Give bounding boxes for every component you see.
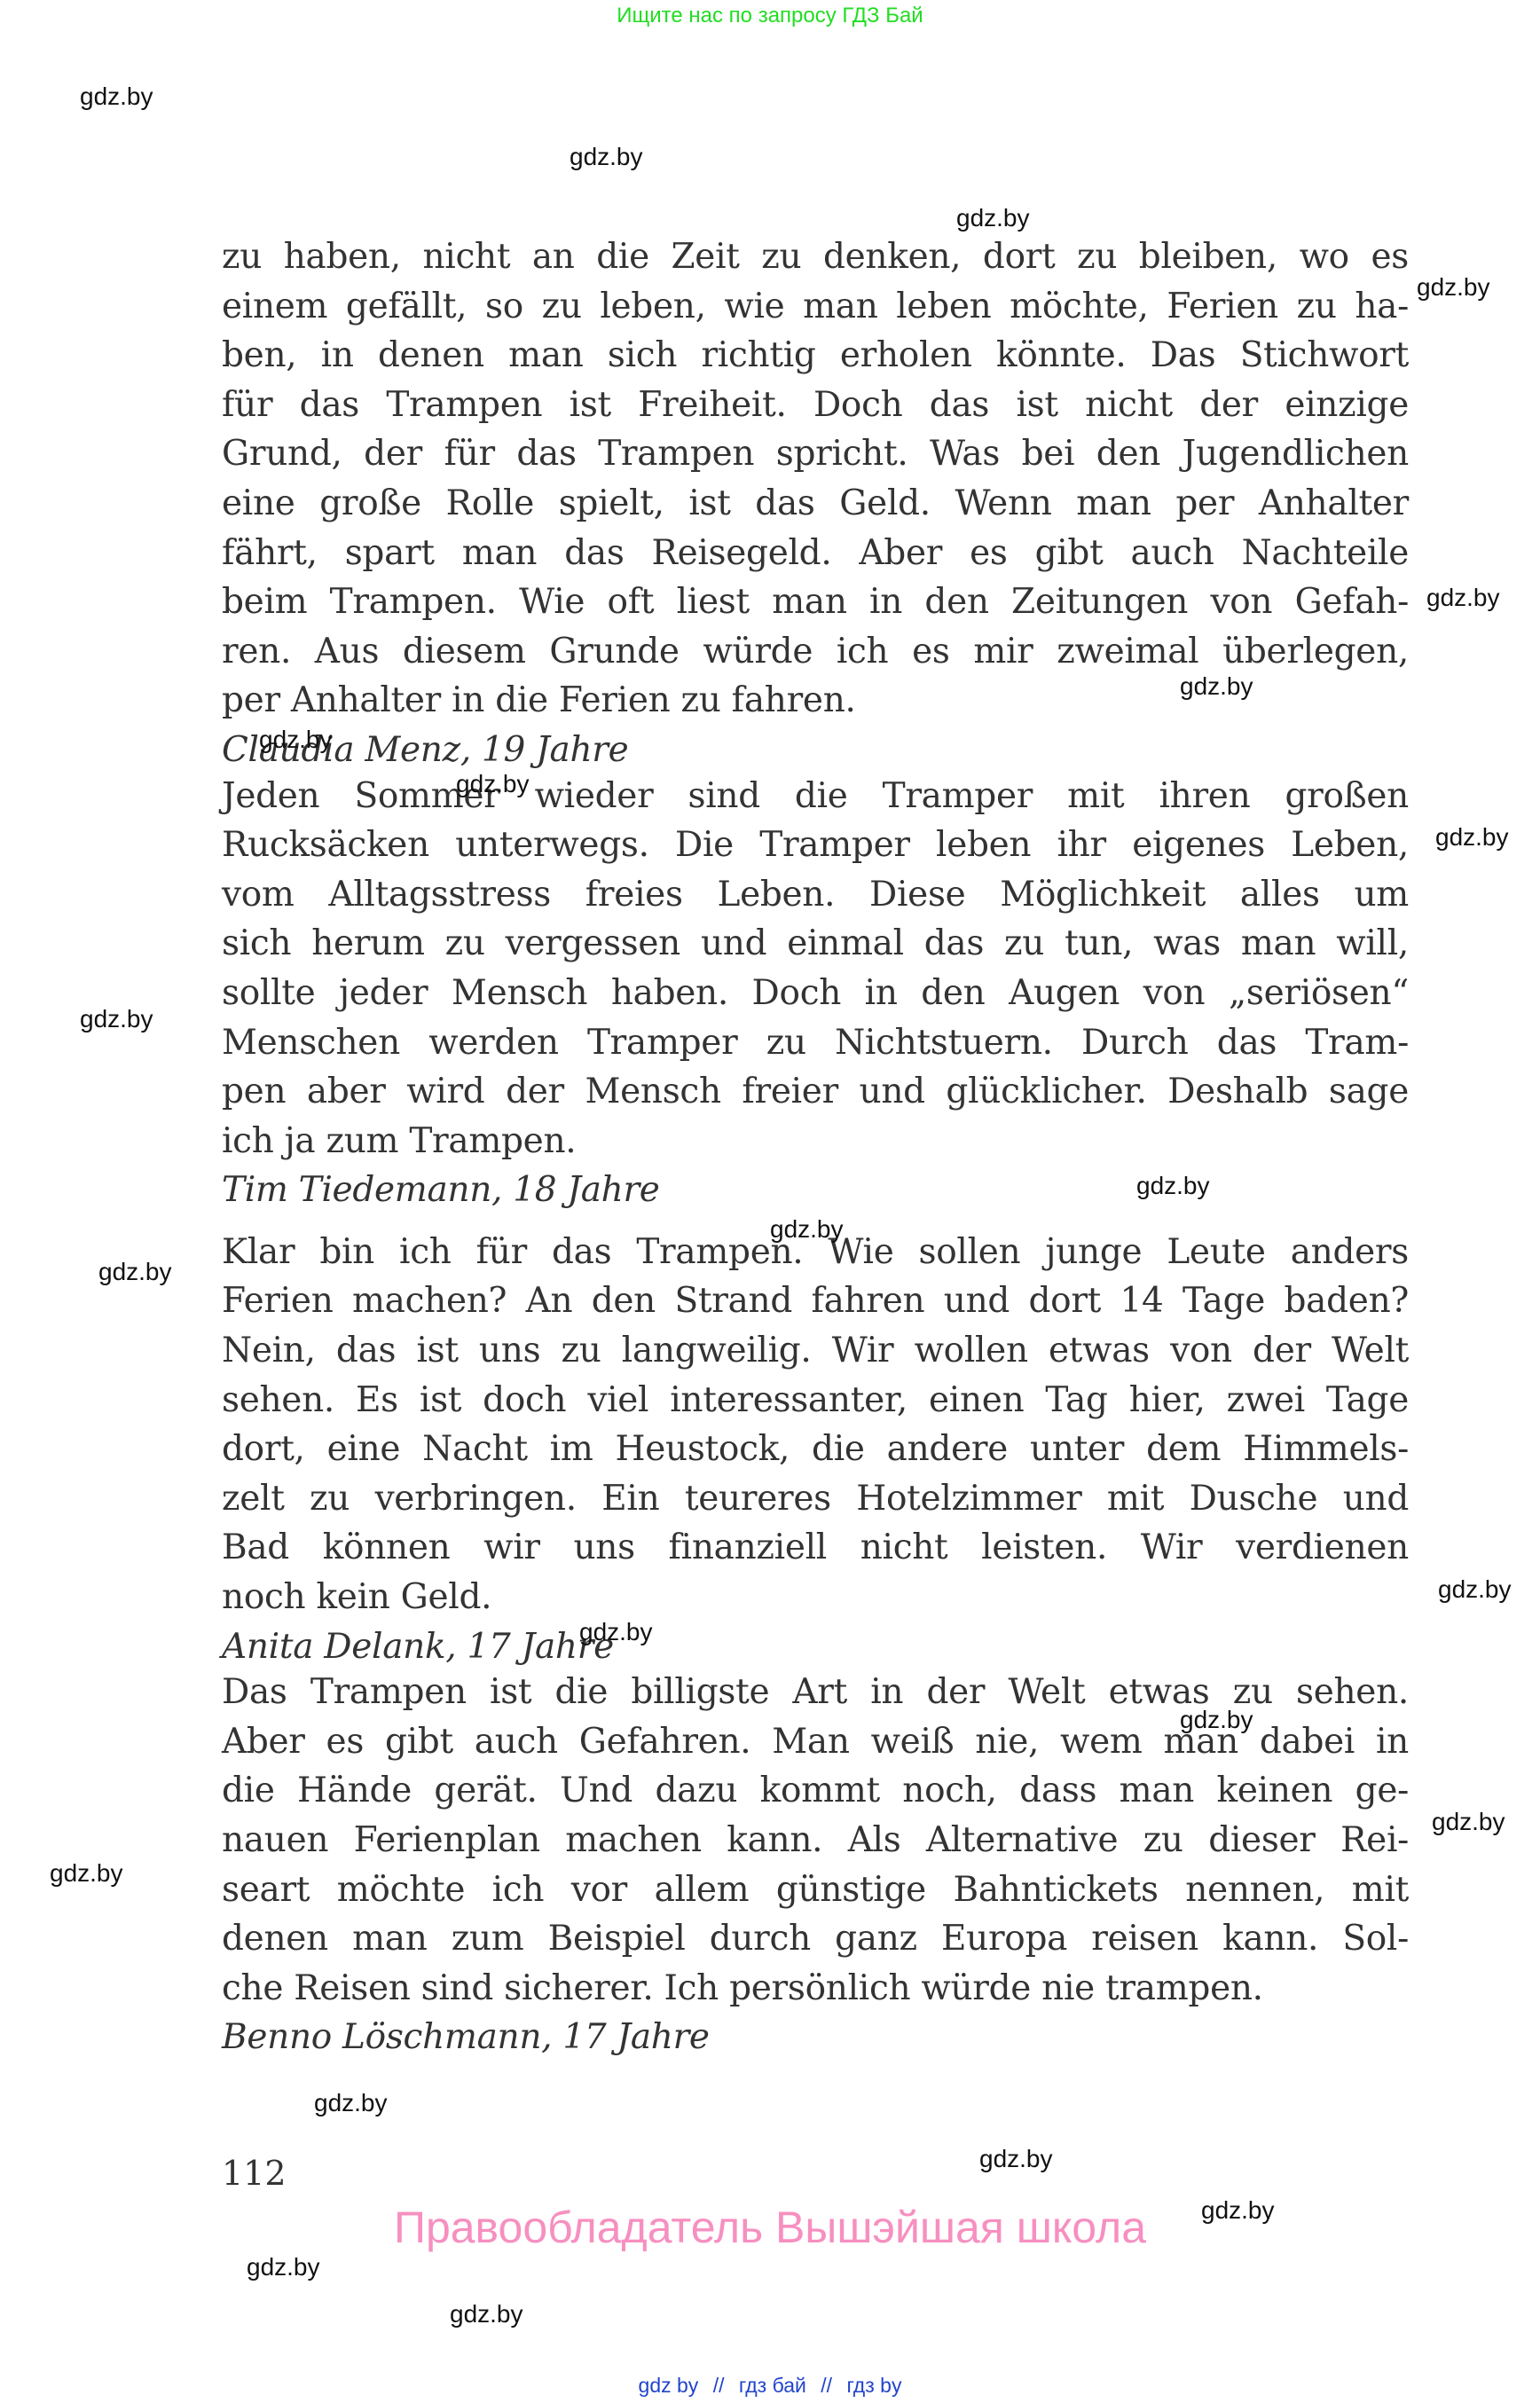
watermark-gdz-by: gdz.by <box>570 145 643 169</box>
watermark-gdz-by: gdz.by <box>1435 825 1509 850</box>
watermark-gdz-by: gdz.by <box>1438 1577 1512 1602</box>
footer-link-gdz-by[interactable]: gdz by <box>639 2374 699 2397</box>
textbook-page-body: zu haben, nicht an die Zeit zu denken, d… <box>222 232 1409 2062</box>
footer-link-gdz-bai[interactable]: гдз бай <box>739 2374 806 2397</box>
text-line: pen aber wird der Mensch freier und glüc… <box>222 1067 1409 1117</box>
author-signature: Benno Löschmann, 17 Jahre <box>222 2013 1409 2062</box>
copyright-notice: Правообладатель Вышэйшая школа <box>0 2202 1540 2253</box>
watermark-gdz-by: gdz.by <box>579 1620 653 1645</box>
text-line: nauen Ferienplan machen kann. Als Altern… <box>222 1816 1409 1865</box>
text-line: denen man zum Beispiel durch ganz Europa… <box>222 1914 1409 1964</box>
watermark-gdz-by: gdz.by <box>1432 1810 1505 1834</box>
watermark-gdz-by: gdz.by <box>1136 1174 1210 1198</box>
text-line: Rucksäcken unterwegs. Die Tramper leben … <box>222 821 1409 870</box>
text-line: Bad können wir uns finanziell nicht leis… <box>222 1523 1409 1573</box>
text-line: che Reisen sind sicherer. Ich persönlich… <box>222 1964 1409 2014</box>
watermark-gdz-by: gdz.by <box>1417 275 1490 300</box>
watermark-gdz-by: gdz.by <box>1426 585 1500 610</box>
opinion-paragraph-2: Jeden Sommer wieder sind die Tramper mit… <box>222 772 1409 1215</box>
watermark-gdz-by: gdz.by <box>259 727 333 752</box>
footer-links: gdz by // гдз бай // гдз by <box>0 2374 1540 2398</box>
opinion-paragraph-3: Klar bin ich für das Trampen. Wie sollen… <box>222 1228 1409 1671</box>
text-line: ren. Aus diesem Grunde würde ich es mir … <box>222 627 1409 677</box>
text-line: zelt zu verbringen. Ein teureres Hotelzi… <box>222 1474 1409 1524</box>
watermark-gdz-by: gdz.by <box>956 206 1030 231</box>
watermark-gdz-by: gdz.by <box>80 1007 153 1032</box>
text-line: eine große Rolle spielt, ist das Geld. W… <box>222 479 1409 529</box>
watermark-gdz-by: gdz.by <box>1180 674 1253 699</box>
text-line: ben, in denen man sich richtig erholen k… <box>222 331 1409 381</box>
watermark-gdz-by: gdz.by <box>1201 2198 1275 2223</box>
author-signature: Anita Delank, 17 Jahre <box>222 1622 1409 1672</box>
text-line: Ferien machen? An den Strand fahren und … <box>222 1276 1409 1326</box>
page-number: 112 <box>222 2154 287 2193</box>
watermark-gdz-by: gdz.by <box>314 2091 388 2116</box>
author-signature: Claudia Menz, 19 Jahre <box>222 726 1409 775</box>
search-banner: Ищите нас по запросу ГДЗ Бай <box>0 4 1540 28</box>
watermark-gdz-by: gdz.by <box>80 84 153 109</box>
text-line: dort, eine Nacht im Heustock, die andere… <box>222 1425 1409 1474</box>
text-line: sollte jeder Mensch haben. Doch in den A… <box>222 969 1409 1018</box>
watermark-gdz-by: gdz.by <box>979 2147 1053 2171</box>
text-line: noch kein Geld. <box>222 1573 1409 1622</box>
text-line: Nein, das ist uns zu langweilig. Wir wol… <box>222 1326 1409 1376</box>
text-line: zu haben, nicht an die Zeit zu denken, d… <box>222 232 1409 282</box>
watermark-gdz-by: gdz.by <box>50 1861 123 1886</box>
text-line: einem gefällt, so zu leben, wie man lebe… <box>222 282 1409 332</box>
text-line: Jeden Sommer wieder sind die Tramper mit… <box>222 772 1409 821</box>
footer-separator: // <box>713 2374 725 2397</box>
footer-link-gdz-by-cyr[interactable]: гдз by <box>846 2374 901 2397</box>
text-line: Menschen werden Tramper zu Nichtstuern. … <box>222 1018 1409 1068</box>
text-line: für das Trampen ist Freiheit. Doch das i… <box>222 381 1409 430</box>
watermark-gdz-by: gdz.by <box>770 1217 844 1242</box>
text-line: beim Trampen. Wie oft liest man in den Z… <box>222 577 1409 627</box>
text-line: Grund, der für das Trampen spricht. Was … <box>222 429 1409 479</box>
watermark-gdz-by: gdz.by <box>450 2302 523 2327</box>
text-line: sich herum zu vergessen und einmal das z… <box>222 919 1409 969</box>
watermark-gdz-by: gdz.by <box>247 2255 320 2280</box>
author-signature: Tim Tiedemann, 18 Jahre <box>222 1166 1409 1215</box>
text-line: sehen. Es ist doch viel interessanter, e… <box>222 1376 1409 1425</box>
text-line: seart möchte ich vor allem günstige Bahn… <box>222 1865 1409 1915</box>
watermark-gdz-by: gdz.by <box>98 1260 172 1284</box>
text-line: die Hände gerät. Und dazu kommt noch, da… <box>222 1766 1409 1816</box>
watermark-gdz-by: gdz.by <box>456 772 530 797</box>
footer-separator: // <box>821 2374 832 2397</box>
text-line: fährt, spart man das Reisegeld. Aber es … <box>222 529 1409 578</box>
text-line: vom Alltagsstress freies Leben. Diese Mö… <box>222 870 1409 920</box>
text-line: ich ja zum Trampen. <box>222 1117 1409 1166</box>
watermark-gdz-by: gdz.by <box>1180 1708 1253 1732</box>
